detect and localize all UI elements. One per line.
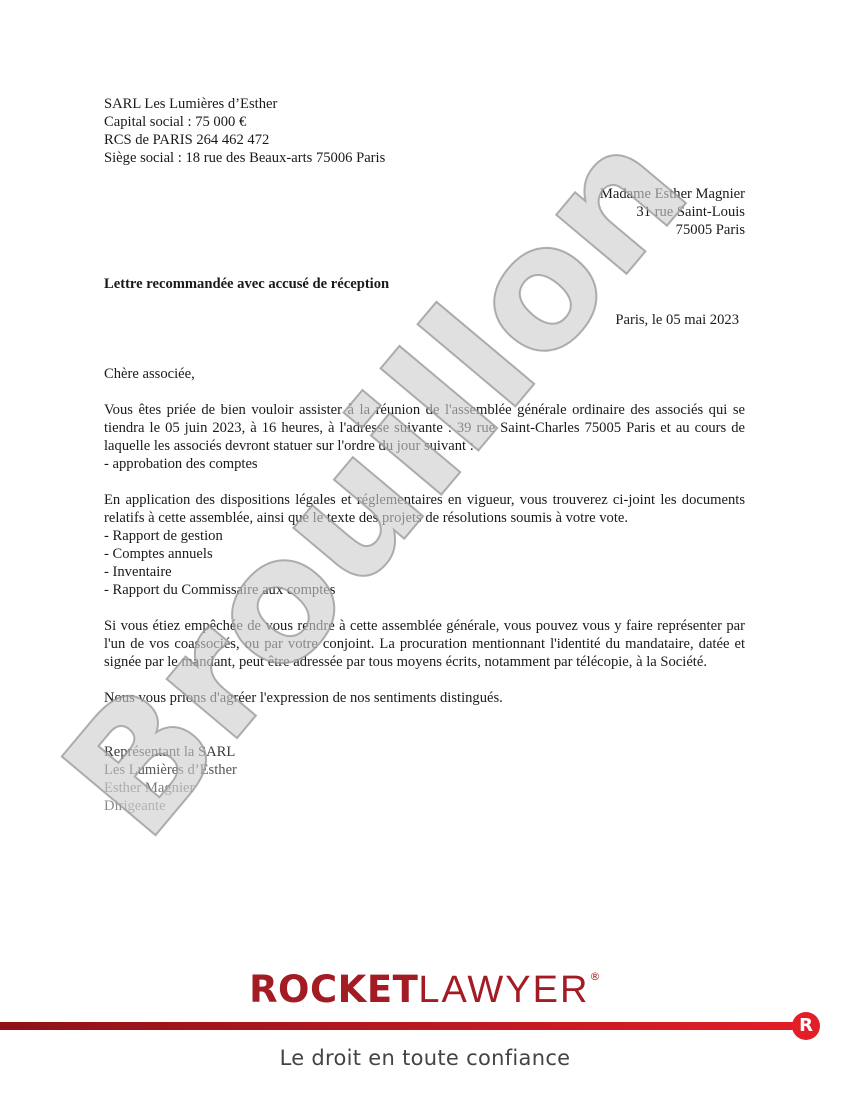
agenda-item: - approbation des comptes: [104, 455, 745, 473]
greeting: Chère associée,: [104, 365, 745, 383]
sender-block: SARL Les Lumières d’Esther Capital socia…: [104, 95, 745, 167]
document-item: - Rapport du Commissaire aux comptes: [104, 581, 745, 599]
signature-role: Représentant la SARL: [104, 743, 745, 761]
recipient-city: 75005 Paris: [104, 221, 745, 239]
sender-address: Siège social : 18 rue des Beaux-arts 750…: [104, 149, 745, 167]
paragraph-documents-text: En application des dispositions légales …: [104, 491, 745, 527]
paragraph-proxy-text: Si vous étiez empêchée de vous rendre à …: [104, 617, 745, 671]
letter-subject: Lettre recommandée avec accusé de récept…: [104, 275, 745, 293]
recipient-block: Madame Esther Magnier 31 rue Saint-Louis…: [104, 185, 745, 239]
document-item: - Inventaire: [104, 563, 745, 581]
registered-mark: ®: [589, 970, 601, 983]
sender-company: SARL Les Lumières d’Esther: [104, 95, 745, 113]
recipient-name: Madame Esther Magnier: [104, 185, 745, 203]
closing-formula: Nous vous prions d'agréer l'expression d…: [104, 689, 745, 707]
document-page: SARL Les Lumières d’Esther Capital socia…: [0, 0, 850, 1100]
letter-body: SARL Les Lumières d’Esther Capital socia…: [104, 95, 745, 815]
rocket-r-icon: R: [792, 1012, 820, 1040]
signature-block: Représentant la SARL Les Lumières d’Esth…: [104, 743, 745, 815]
document-item: - Rapport de gestion: [104, 527, 745, 545]
sender-rcs: RCS de PARIS 264 462 472: [104, 131, 745, 149]
signature-name: Esther Magnier: [104, 779, 745, 797]
letter-date: Paris, le 05 mai 2023: [104, 311, 745, 329]
paragraph-documents: En application des dispositions légales …: [104, 491, 745, 599]
paragraph-invitation: Vous êtes priée de bien vouloir assister…: [104, 401, 745, 473]
recipient-street: 31 rue Saint-Louis: [104, 203, 745, 221]
logo-bold: ROCKET: [249, 968, 418, 1011]
logo-light: LAWYER: [418, 969, 589, 1011]
footer-bar: [0, 1022, 800, 1030]
document-item: - Comptes annuels: [104, 545, 745, 563]
footer-tagline: Le droit en toute confiance: [0, 1046, 850, 1070]
paragraph-invitation-text: Vous êtes priée de bien vouloir assister…: [104, 401, 745, 455]
sender-capital: Capital social : 75 000 €: [104, 113, 745, 131]
paragraph-proxy: Si vous étiez empêchée de vous rendre à …: [104, 617, 745, 671]
signature-company: Les Lumières d’Esther: [104, 761, 745, 779]
signature-title: Dirigeante: [104, 797, 745, 815]
rocket-lawyer-logo: ROCKETLAWYER®: [0, 968, 850, 1012]
